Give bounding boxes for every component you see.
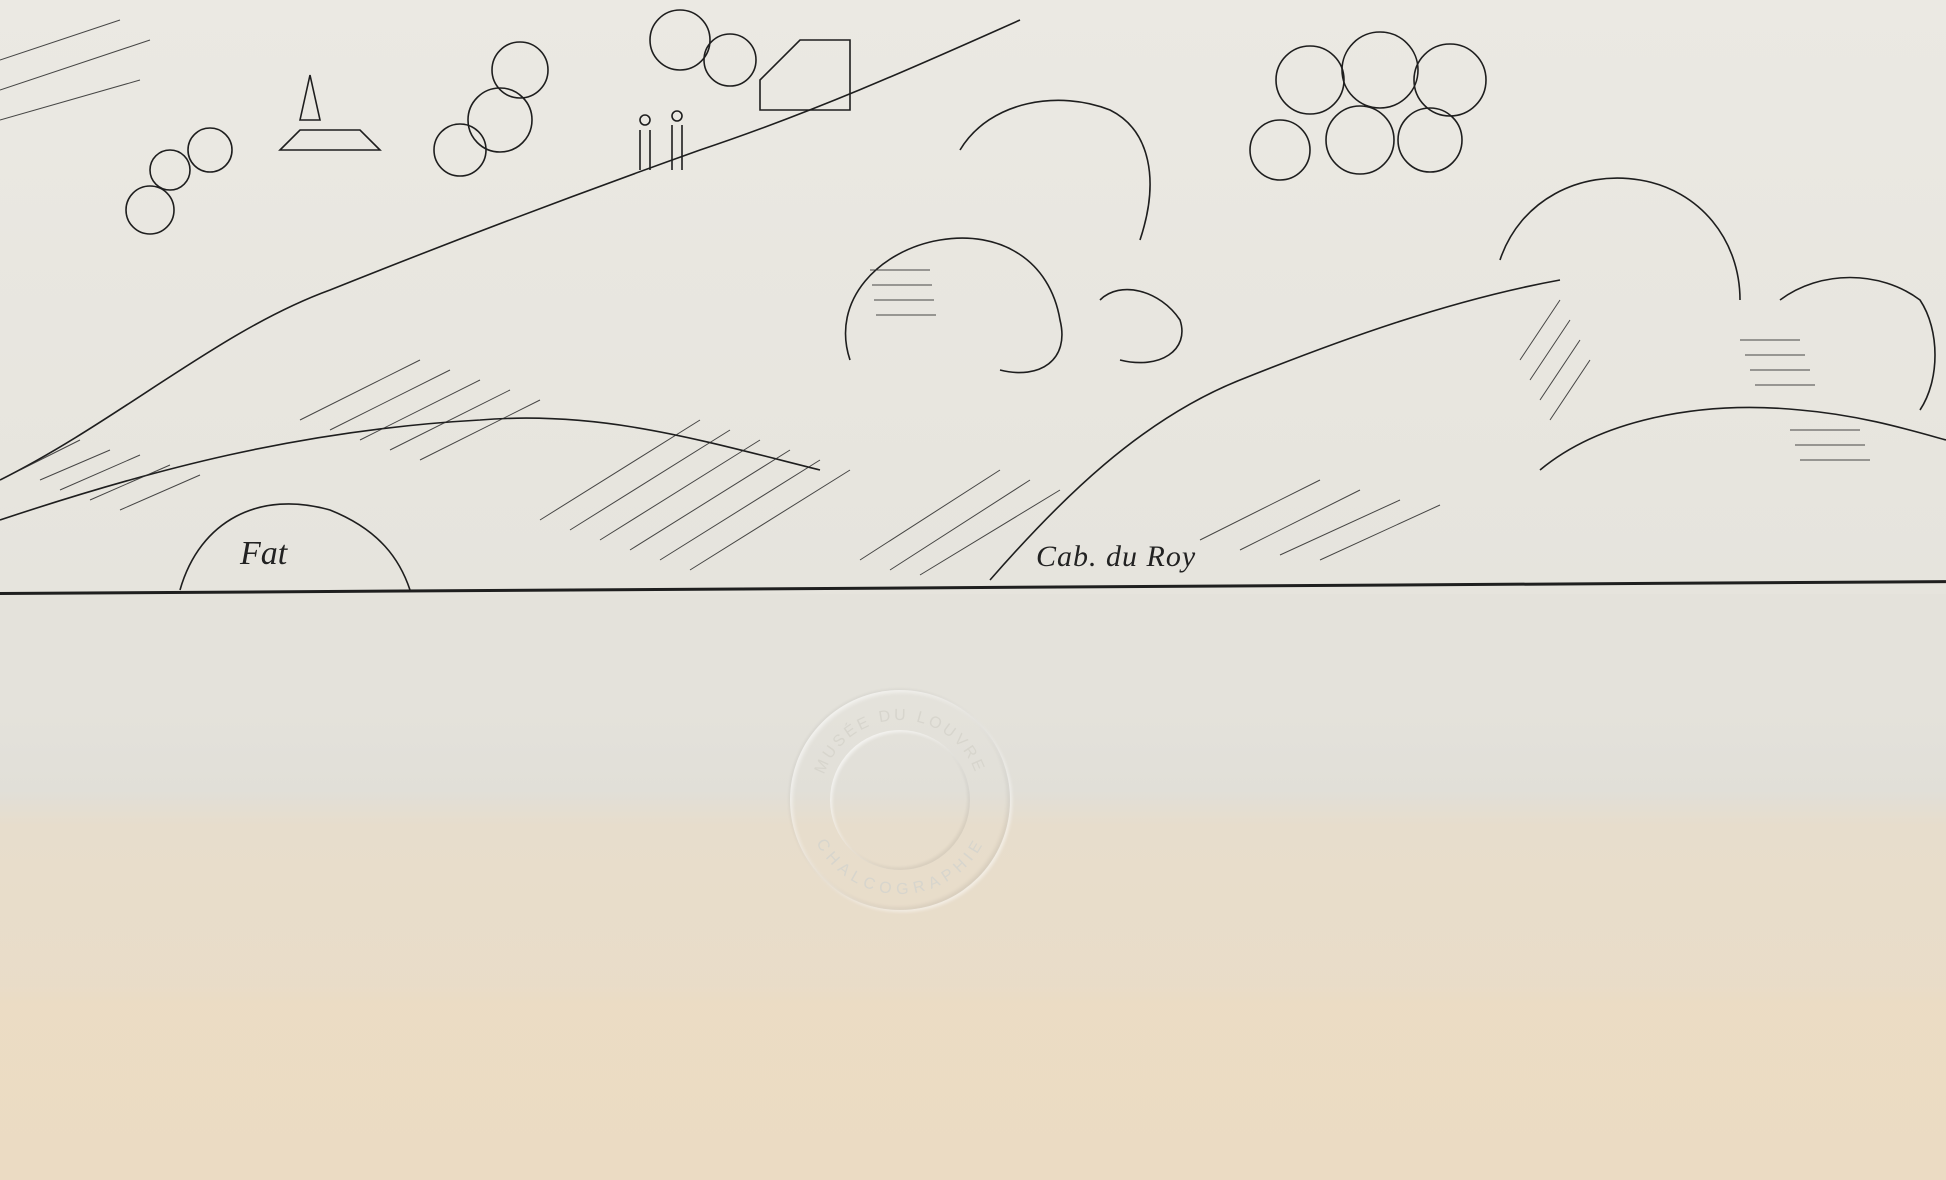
artist-monogram: Fat [240,535,287,573]
plate-inscription: Cab. du Roy [1036,540,1196,574]
stamp-text-top: MUSÉE DU LOUVRE [812,707,988,776]
foxed-lower-margin [0,985,1946,1180]
blind-embossed-stamp: MUSÉE DU LOUVRE CHALCOGRAPHIE [790,690,1010,910]
svg-text:CHALCOGRAPHIE: CHALCOGRAPHIE [813,836,988,898]
landscape-etching [0,0,1946,594]
stamp-lettering: MUSÉE DU LOUVRE CHALCOGRAPHIE [790,690,1010,910]
etching-photograph: Fat Cab. du Roy MUSÉE DU LOUVRE CHALCOGR… [0,0,1946,1180]
svg-text:MUSÉE DU LOUVRE: MUSÉE DU LOUVRE [812,707,988,776]
stamp-text-bottom: CHALCOGRAPHIE [813,836,988,898]
etched-plate-area: Fat Cab. du Roy [0,0,1946,594]
